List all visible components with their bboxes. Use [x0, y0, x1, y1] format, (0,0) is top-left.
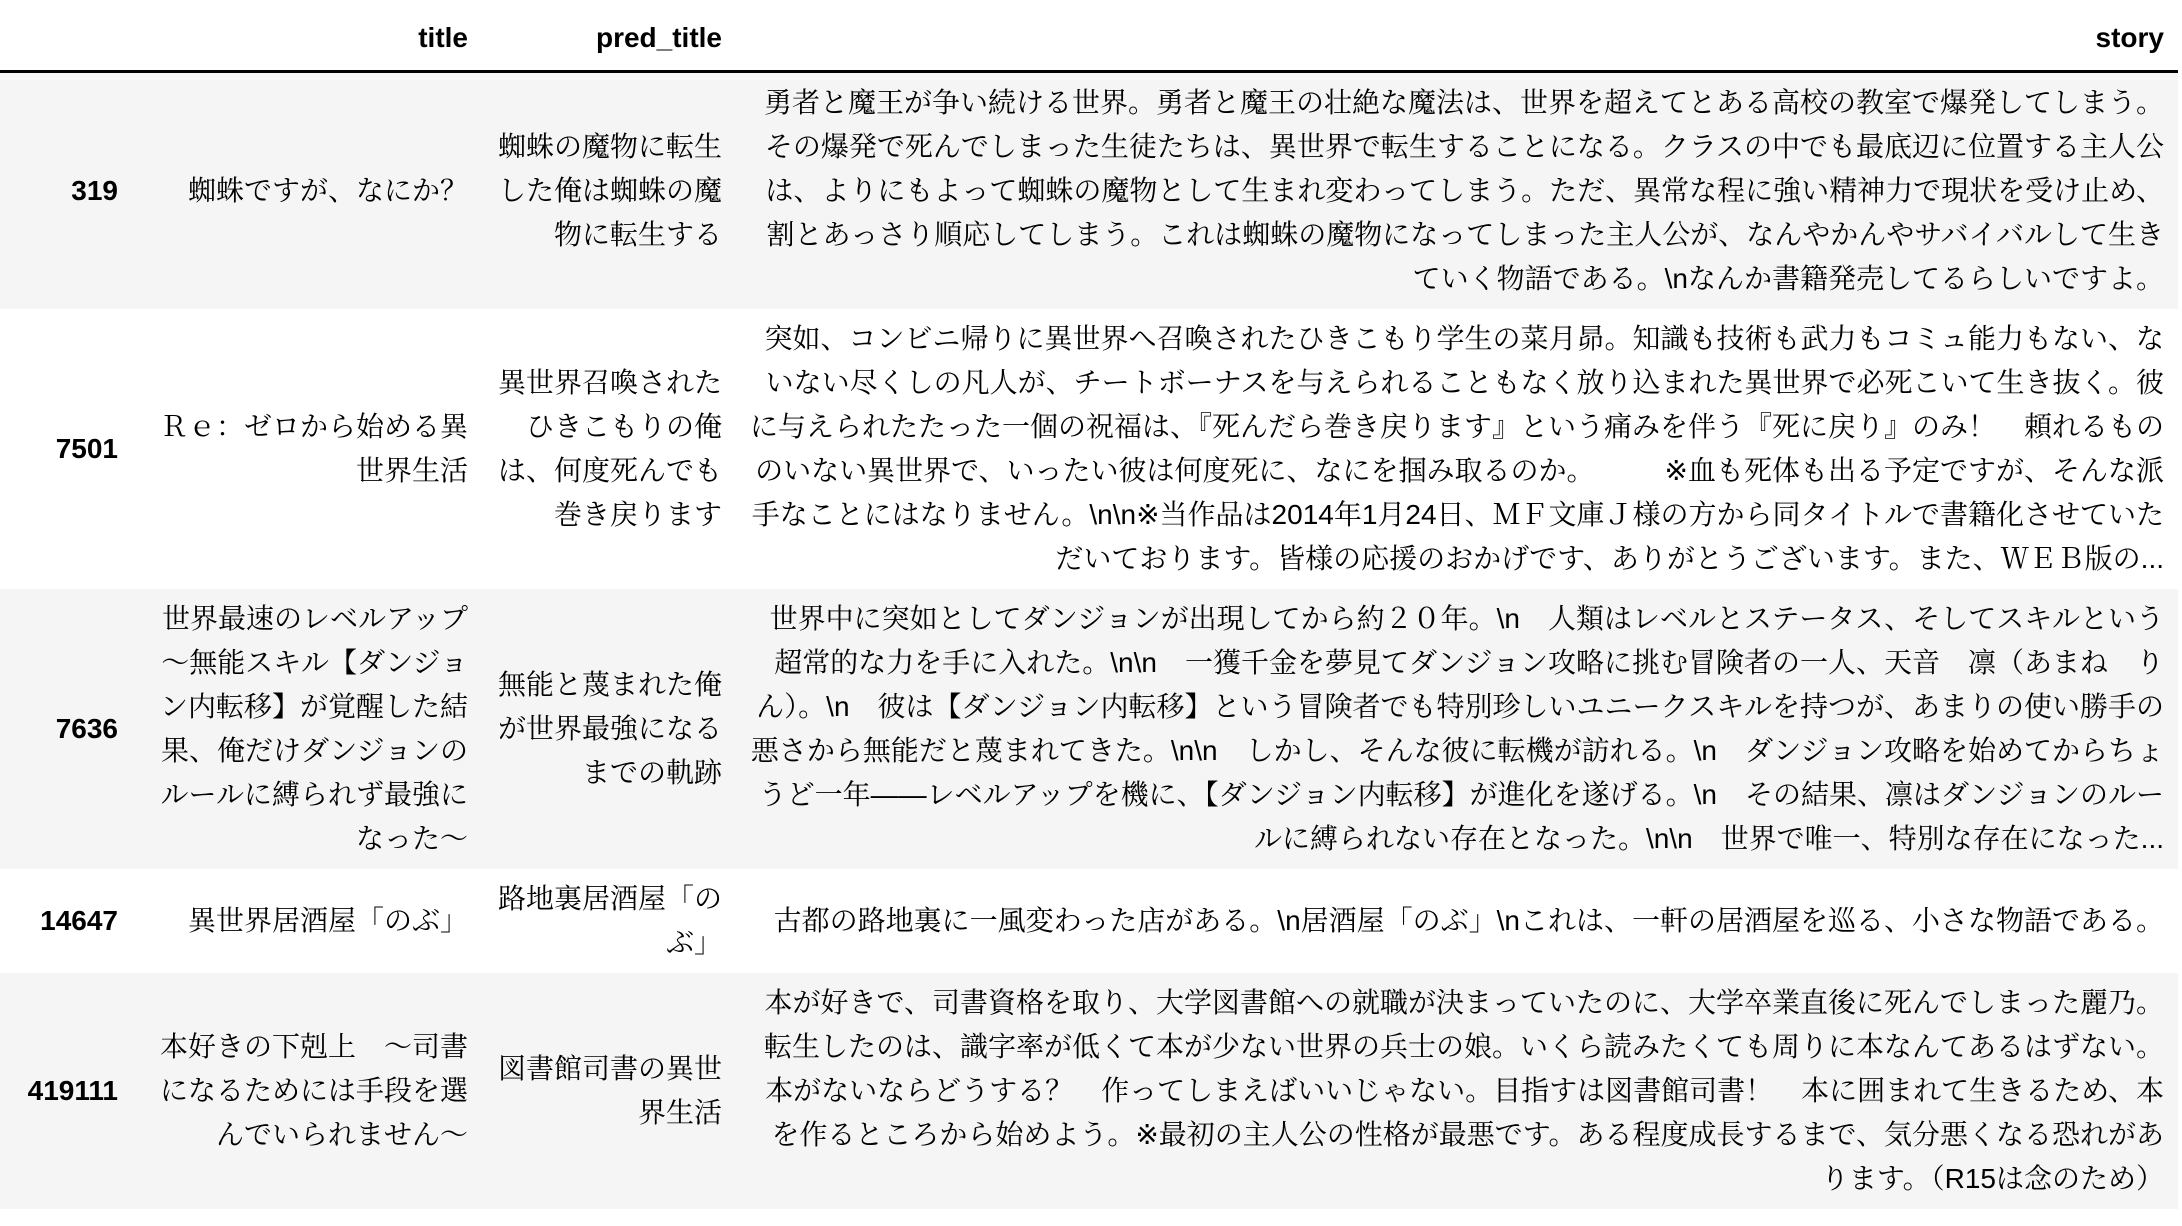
pred-title-cell: 無能と蔑まれた俺が世界最強になるまでの軌跡	[482, 589, 736, 869]
header-row: title pred_title story	[0, 0, 2178, 72]
row-index: 319	[0, 72, 132, 310]
table-row: 14647 異世界居酒屋「のぶ」 路地裏居酒屋「のぶ」 古都の路地裏に一風変わっ…	[0, 869, 2178, 973]
title-cell: 異世界居酒屋「のぶ」	[132, 869, 482, 973]
story-cell: 勇者と魔王が争い続ける世界。勇者と魔王の壮絶な魔法は、世界を超えてとある高校の教…	[736, 72, 2178, 310]
row-index: 7636	[0, 589, 132, 869]
dataframe-table: title pred_title story 319 蜘蛛ですが、なにか？ 蜘蛛…	[0, 0, 2178, 1209]
pred-title-cell: 異世界召喚されたひきこもりの俺は、何度死んでも巻き戻ります	[482, 309, 736, 589]
pred-title-cell: 図書館司書の異世界生活	[482, 973, 736, 1209]
column-header-story: story	[736, 0, 2178, 72]
table-row: 419111 本好きの下剋上 ～司書になるためには手段を選んでいられません～ 図…	[0, 973, 2178, 1209]
row-index: 7501	[0, 309, 132, 589]
story-cell: 世界中に突如としてダンジョンが出現してから約２０年。\n 人類はレベルとステータ…	[736, 589, 2178, 869]
row-index: 419111	[0, 973, 132, 1209]
row-index: 14647	[0, 869, 132, 973]
title-cell: 蜘蛛ですが、なにか？	[132, 72, 482, 310]
column-header-title: title	[132, 0, 482, 72]
pred-title-cell: 蜘蛛の魔物に転生した俺は蜘蛛の魔物に転生する	[482, 72, 736, 310]
title-cell: Ｒｅ：ゼロから始める異世界生活	[132, 309, 482, 589]
story-cell: 本が好きで、司書資格を取り、大学図書館への就職が決まっていたのに、大学卒業直後に…	[736, 973, 2178, 1209]
table-row: 319 蜘蛛ですが、なにか？ 蜘蛛の魔物に転生した俺は蜘蛛の魔物に転生する 勇者…	[0, 72, 2178, 310]
story-cell: 古都の路地裏に一風変わった店がある。\n居酒屋「のぶ」\nこれは、一軒の居酒屋を…	[736, 869, 2178, 973]
story-cell: 突如、コンビニ帰りに異世界へ召喚されたひきこもり学生の菜月昴。知識も技術も武力も…	[736, 309, 2178, 589]
index-column-header	[0, 0, 132, 72]
title-cell: 世界最速のレベルアップ ～無能スキル【ダンジョン内転移】が覚醒した結果、俺だけダ…	[132, 589, 482, 869]
table-row: 7501 Ｒｅ：ゼロから始める異世界生活 異世界召喚されたひきこもりの俺は、何度…	[0, 309, 2178, 589]
column-header-pred-title: pred_title	[482, 0, 736, 72]
table-row: 7636 世界最速のレベルアップ ～無能スキル【ダンジョン内転移】が覚醒した結果…	[0, 589, 2178, 869]
title-cell: 本好きの下剋上 ～司書になるためには手段を選んでいられません～	[132, 973, 482, 1209]
pred-title-cell: 路地裏居酒屋「のぶ」	[482, 869, 736, 973]
